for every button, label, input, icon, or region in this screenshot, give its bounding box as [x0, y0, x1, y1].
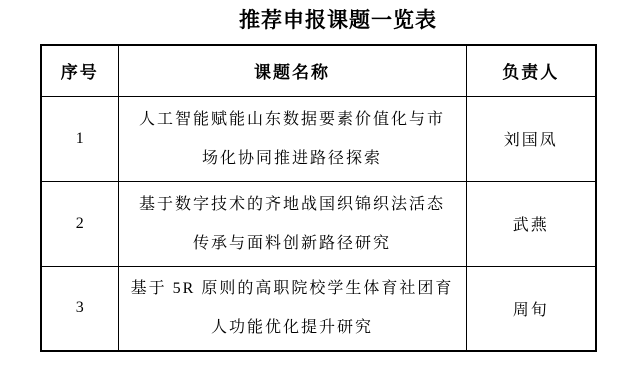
cell-leader: 刘国凤	[466, 96, 596, 181]
topic-line: 人功能优化提升研究	[119, 308, 466, 347]
cell-index: 2	[41, 181, 118, 266]
header-cell-leader: 负责人	[466, 45, 596, 96]
cell-leader: 周旬	[466, 266, 596, 351]
table-row: 2 基于数字技术的齐地战国织锦织法活态 传承与面料创新路径研究 武燕	[41, 181, 596, 266]
cell-index: 3	[41, 266, 118, 351]
header-cell-topic: 课题名称	[118, 45, 466, 96]
table-row: 3 基于 5R 原则的高职院校学生体育社团育 人功能优化提升研究 周旬	[41, 266, 596, 351]
cell-topic: 人工智能赋能山东数据要素价值化与市 场化协同推进路径探索	[118, 96, 466, 181]
cell-topic: 基于 5R 原则的高职院校学生体育社团育 人功能优化提升研究	[118, 266, 466, 351]
document-page: 推荐申报课题一览表 序号 课题名称 负责人 1 人工智能赋能山东数据要素价值化与…	[0, 0, 636, 377]
cell-index: 1	[41, 96, 118, 181]
topics-table: 序号 课题名称 负责人 1 人工智能赋能山东数据要素价值化与市 场化协同推进路径…	[40, 44, 597, 352]
topic-line: 传承与面料创新路径研究	[119, 224, 466, 263]
header-row: 序号 课题名称 负责人	[41, 45, 596, 96]
topic-line: 基于 5R 原则的高职院校学生体育社团育	[119, 269, 466, 308]
topic-line: 场化协同推进路径探索	[119, 139, 466, 178]
table-row: 1 人工智能赋能山东数据要素价值化与市 场化协同推进路径探索 刘国凤	[41, 96, 596, 181]
cell-leader: 武燕	[466, 181, 596, 266]
topic-line: 人工智能赋能山东数据要素价值化与市	[119, 100, 466, 139]
topic-line: 基于数字技术的齐地战国织锦织法活态	[119, 185, 466, 224]
header-cell-index: 序号	[41, 45, 118, 96]
page-title: 推荐申报课题一览表	[40, 0, 636, 34]
cell-topic: 基于数字技术的齐地战国织锦织法活态 传承与面料创新路径研究	[118, 181, 466, 266]
